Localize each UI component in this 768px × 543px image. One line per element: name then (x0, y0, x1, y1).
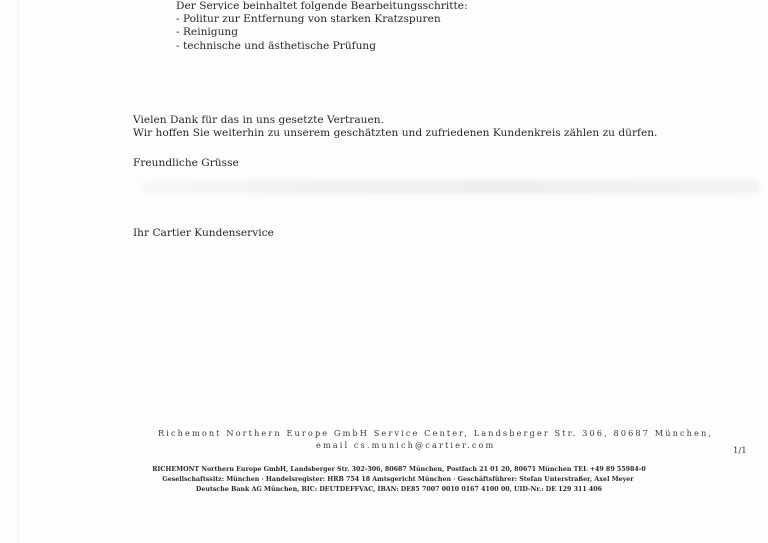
show-through-artifact (140, 180, 760, 194)
footer-legal-bank: Deutsche Bank AG München, BIC: DEUTDEFFV… (0, 485, 768, 495)
scan-edge-shadow (18, 0, 19, 543)
footer-legal-address: RICHEMONT Northern Europe GmbH, Landsber… (0, 465, 768, 475)
thanks-line: Wir hoffen Sie weiterhin zu unserem gesc… (133, 127, 657, 140)
service-step: - technische und ästhetische Prüfung (176, 40, 376, 53)
closing-greeting: Freundliche Grüsse (133, 157, 239, 170)
scanned-letter-page: Der Service beinhaltet folgende Bearbeit… (0, 0, 768, 543)
thanks-line: Vielen Dank für das in uns gesetzte Vert… (133, 114, 384, 127)
service-step: - Politur zur Entfernung von starken Kra… (176, 13, 441, 26)
service-step: - Reinigung (176, 26, 238, 39)
footer-service-center-address: Richemont Northern Europe GmbH Service C… (158, 428, 713, 439)
footer-legal-registry: Gesellschaftssitz: München · Handelsregi… (0, 475, 768, 485)
footer-service-center-email: email cs.munich@cartier.com (316, 440, 495, 451)
page-number: 1/1 (733, 446, 747, 456)
signature: Ihr Cartier Kundenservice (133, 227, 274, 240)
service-intro: Der Service beinhaltet folgende Bearbeit… (176, 0, 468, 13)
